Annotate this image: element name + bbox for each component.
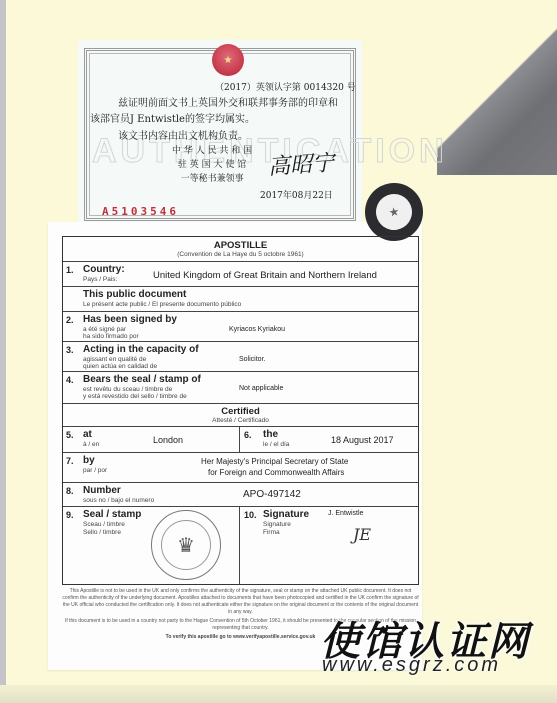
- field-label: Acting in the capacity of: [83, 344, 199, 355]
- field-number: 9.: [66, 510, 74, 520]
- apostille-header: APOSTILLE (Convention de La Haye du 5 oc…: [63, 237, 418, 262]
- certificate-body-line2: 该部官员J Entwistle的签字均属实。: [90, 110, 255, 125]
- column-divider: [239, 507, 240, 584]
- apostille-subtitle: (Convention de La Haye du 5 octobre 1961…: [63, 251, 418, 258]
- field-number: 3.: [66, 345, 74, 355]
- royal-coat-of-arms-icon: ♛: [161, 520, 211, 570]
- consul-signature: 高昭宁: [267, 146, 335, 182]
- field-label: Number: [83, 485, 121, 496]
- field-by: 7. by par / por Her Majesty's Principal …: [63, 453, 418, 483]
- field-seal-of: 4. Bears the seal / stamp of est revêtu …: [63, 372, 418, 404]
- place-value: London: [153, 435, 183, 445]
- field-label: at: [83, 429, 92, 440]
- field-sublabel: quien actúa en calidad de: [83, 363, 157, 371]
- field-seal-signature: 9. Seal / stamp Sceau / timbre Sello / t…: [63, 507, 418, 584]
- apostille-number-value: APO-497142: [243, 489, 301, 500]
- field-country: 1. Country: Pays / Pais: United Kingdom …: [63, 262, 418, 287]
- certificate-serial: A5103546: [102, 205, 179, 218]
- column-divider: [239, 427, 240, 452]
- certified-label: Certified: [63, 406, 418, 417]
- field-label: Country:: [83, 264, 125, 275]
- field-number: 7.: [66, 456, 74, 466]
- apostille-title: APOSTILLE: [63, 240, 418, 251]
- field-sublabel: y está revestido del sello / timbre de: [83, 393, 187, 401]
- authority-value-line2: for Foreign and Commonwealth Affairs: [208, 468, 344, 477]
- certificate-body-line1: 兹证明前面文书上英国外交和联邦事务部的印章和: [118, 94, 338, 109]
- certificate-issuer: 中 华 人 民 共 和 国 驻 英 国 大 使 馆 一等秘书兼领事: [172, 144, 252, 186]
- field-at-the: 5. at à / en London 6. the le / el día 1…: [63, 427, 418, 453]
- field-label: Seal / stamp: [83, 509, 141, 520]
- field-sublabel: Sceau / timbre: [83, 521, 125, 529]
- field-sublabel: le / el día: [263, 441, 289, 449]
- field-sublabel: ha sido firmado por: [83, 333, 139, 341]
- seal-of-value: Not applicable: [239, 385, 283, 392]
- signed-by-value: Kyriacos Kyriakou: [229, 326, 285, 333]
- signatory-value: J. Entwistle: [328, 510, 363, 517]
- certificate-body-line3: 该文书内容由出文机构负责。: [118, 127, 248, 142]
- field-number-apo: 8. Number sous no / bajo el numero APO-4…: [63, 483, 418, 507]
- field-sublabel: à / en: [83, 441, 99, 449]
- field-sublabel: Pays / Pais:: [83, 276, 117, 284]
- field-number: 8.: [66, 486, 74, 496]
- field-sublabel: Signature: [263, 521, 291, 529]
- field-number: 6.: [244, 430, 252, 440]
- field-capacity: 3. Acting in the capacity of agissant en…: [63, 342, 418, 372]
- certificate-date: 2017年08月22日: [260, 188, 333, 201]
- field-number: 1.: [66, 265, 74, 275]
- national-emblem-icon: ★: [212, 44, 244, 76]
- field-signed-by: 2. Has been signed by a été signé par ha…: [63, 312, 418, 342]
- apostille-form: APOSTILLE (Convention de La Haye du 5 oc…: [62, 236, 419, 585]
- field-sublabel: Sello / timbre: [83, 529, 121, 537]
- field-sublabel: Firma: [263, 529, 280, 537]
- field-sublabel: par / por: [83, 467, 107, 475]
- certificate-reference: （2017）英领认字第 0014320 号: [215, 80, 356, 93]
- field-label: This public document: [83, 289, 186, 300]
- fco-seal: ♛: [151, 510, 221, 580]
- scan-edge: [0, 0, 6, 703]
- national-emblem-icon: ★: [373, 191, 415, 233]
- issuer-line3: 一等秘书兼领事: [172, 172, 252, 186]
- issuer-line2: 驻 英 国 大 使 馆: [172, 158, 252, 172]
- capacity-value: Solicitor.: [239, 356, 265, 363]
- field-label: the: [263, 429, 278, 440]
- page-corner-fold: [437, 0, 557, 175]
- field-number: 5.: [66, 430, 74, 440]
- field-sublabel: Le présent acte public / El presente doc…: [83, 301, 241, 309]
- date-value: 18 August 2017: [331, 435, 394, 445]
- field-label: by: [83, 455, 95, 466]
- field-label: Has been signed by: [83, 314, 177, 325]
- field-label: Bears the seal / stamp of: [83, 374, 201, 385]
- field-number: 10.: [244, 510, 257, 520]
- scan-bottom-shade: [0, 685, 557, 703]
- certified-header: Certified Attesté / Certificado: [63, 404, 418, 427]
- issuer-line1: 中 华 人 民 共 和 国: [172, 144, 252, 158]
- field-label: Signature: [263, 509, 309, 520]
- brand-url[interactable]: www.esgrz.com: [322, 654, 501, 677]
- field-number: 2.: [66, 315, 74, 325]
- field-public-document: This public document Le présent acte pub…: [63, 287, 418, 312]
- country-value: United Kingdom of Great Britain and Nort…: [153, 270, 377, 281]
- legalization-certificate: ★ AUTHENTICATION （2017）英领认字第 0014320 号 兹…: [78, 40, 362, 227]
- field-sublabel: sous no / bajo el numero: [83, 497, 154, 505]
- field-number: 4.: [66, 375, 74, 385]
- authority-value-line1: Her Majesty's Principal Secretary of Sta…: [201, 457, 348, 466]
- certified-sublabel: Attesté / Certificado: [63, 417, 418, 424]
- handwritten-signature: JE: [353, 525, 371, 544]
